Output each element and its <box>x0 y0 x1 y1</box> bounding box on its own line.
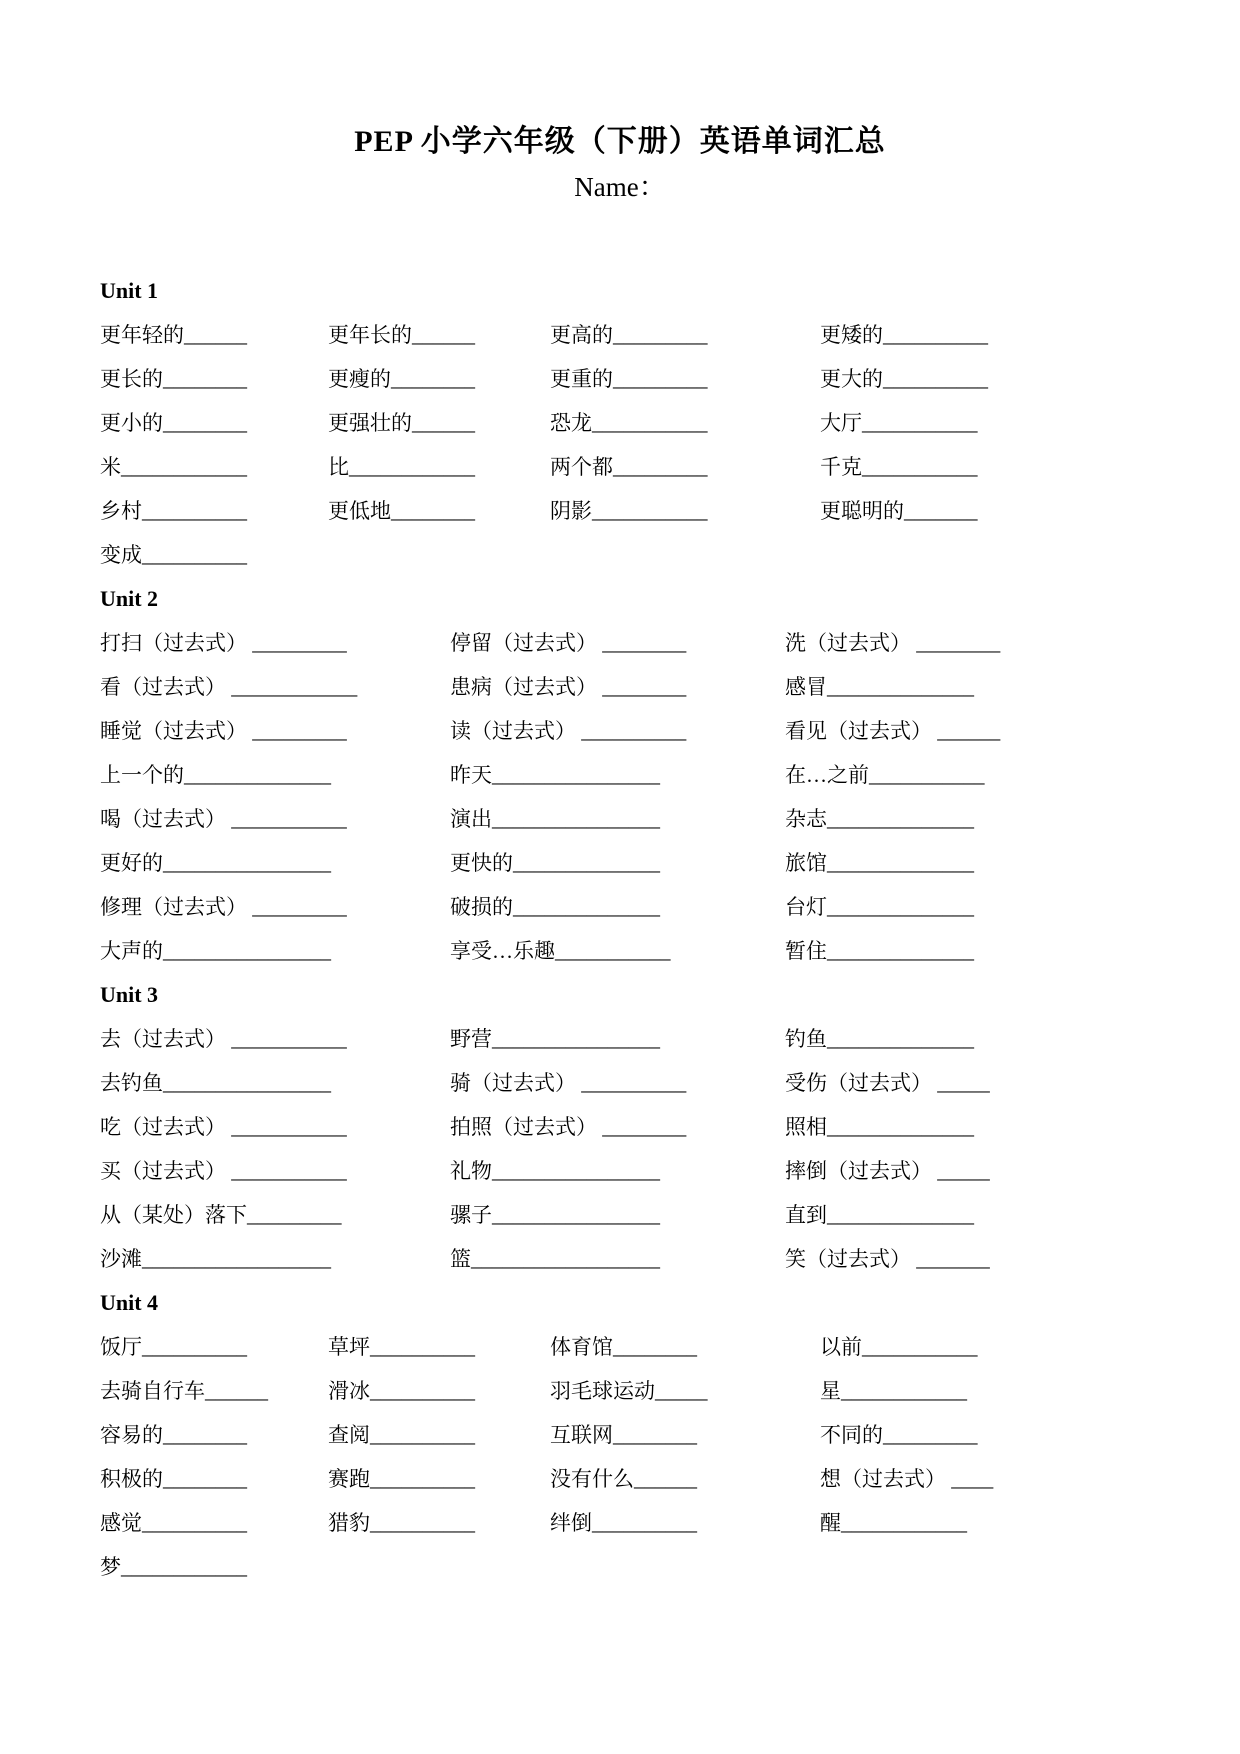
vocab-item: 去钓鱼________________ <box>100 1061 450 1105</box>
units: Unit 1更年轻的______更年长的______更高的_________更矮… <box>100 269 1140 1589</box>
unit-grid: 打扫（过去式） _________停留（过去式） ________洗（过去式） … <box>100 621 1140 973</box>
unit-grid: 更年轻的______更年长的______更高的_________更矮的_____… <box>100 313 1140 577</box>
vocab-item: 患病（过去式） ________ <box>450 665 785 709</box>
vocab-item: 互联网________ <box>550 1413 820 1457</box>
vocab-item: 更高的_________ <box>550 313 820 357</box>
vocab-item: 更低地________ <box>328 489 550 533</box>
vocab-item: 大声的________________ <box>100 929 450 973</box>
vocab-item: 旅馆______________ <box>785 841 1140 885</box>
vocab-item: 摔倒（过去式） _____ <box>785 1149 1140 1193</box>
vocab-item: 容易的________ <box>100 1413 328 1457</box>
vocab-item: 篮__________________ <box>450 1237 785 1281</box>
vocab-item: 更瘦的________ <box>328 357 550 401</box>
vocab-item: 大厅___________ <box>820 401 1140 445</box>
vocab-item: 更小的________ <box>100 401 328 445</box>
unit-section-4: Unit 4饭厅__________草坪__________体育馆_______… <box>100 1281 1140 1589</box>
vocab-item: 米____________ <box>100 445 328 489</box>
vocab-item: 更重的_________ <box>550 357 820 401</box>
vocab-item: 看见（过去式） ______ <box>785 709 1140 753</box>
vocab-item: 猎豹__________ <box>328 1501 550 1545</box>
vocab-item: 查阅__________ <box>328 1413 550 1457</box>
vocab-item: 更大的__________ <box>820 357 1140 401</box>
vocab-item: 没有什么______ <box>550 1457 820 1501</box>
vocab-item: 去（过去式） ___________ <box>100 1017 450 1061</box>
vocab-item: 感觉__________ <box>100 1501 328 1545</box>
vocab-item: 上一个的______________ <box>100 753 450 797</box>
vocab-item: 积极的________ <box>100 1457 328 1501</box>
vocab-item: 骑（过去式） __________ <box>450 1061 785 1105</box>
vocab-item: 想（过去式） ____ <box>820 1457 1140 1501</box>
vocab-item: 饭厅__________ <box>100 1325 328 1369</box>
vocab-item: 比____________ <box>328 445 550 489</box>
vocab-item: 杂志______________ <box>785 797 1140 841</box>
vocab-item: 梦____________ <box>100 1545 328 1589</box>
vocab-item: 修理（过去式） _________ <box>100 885 450 929</box>
vocab-item: 草坪__________ <box>328 1325 550 1369</box>
unit-grid: 去（过去式） ___________野营________________钓鱼__… <box>100 1017 1140 1281</box>
vocab-item: 体育馆________ <box>550 1325 820 1369</box>
vocab-item: 羽毛球运动_____ <box>550 1369 820 1413</box>
vocab-item: 直到______________ <box>785 1193 1140 1237</box>
vocab-item: 野营________________ <box>450 1017 785 1061</box>
vocab-item: 停留（过去式） ________ <box>450 621 785 665</box>
vocab-item: 更年长的______ <box>328 313 550 357</box>
vocab-item: 滑冰__________ <box>328 1369 550 1413</box>
unit-heading: Unit 1 <box>100 269 1140 313</box>
vocab-item: 读（过去式） __________ <box>450 709 785 753</box>
vocab-item: 恐龙___________ <box>550 401 820 445</box>
vocab-item: 以前___________ <box>820 1325 1140 1369</box>
worksheet-page: PEP 小学六年级（下册）英语单词汇总 Name： Unit 1更年轻的____… <box>0 0 1240 1754</box>
document-title: PEP 小学六年级（下册）英语单词汇总 <box>100 122 1140 162</box>
vocab-item: 笑（过去式） _______ <box>785 1237 1140 1281</box>
vocab-item: 更强壮的______ <box>328 401 550 445</box>
unit-grid: 饭厅__________草坪__________体育馆________以前___… <box>100 1325 1140 1589</box>
unit-section-1: Unit 1更年轻的______更年长的______更高的_________更矮… <box>100 269 1140 577</box>
vocab-item: 从（某处）落下_________ <box>100 1193 450 1237</box>
vocab-item: 醒____________ <box>820 1501 1140 1545</box>
vocab-item: 更矮的__________ <box>820 313 1140 357</box>
vocab-item: 阴影___________ <box>550 489 820 533</box>
unit-heading: Unit 4 <box>100 1281 1140 1325</box>
vocab-item: 看（过去式） ____________ <box>100 665 450 709</box>
vocab-item: 乡村__________ <box>100 489 328 533</box>
vocab-item: 睡觉（过去式） _________ <box>100 709 450 753</box>
vocab-item: 钓鱼______________ <box>785 1017 1140 1061</box>
vocab-item: 赛跑__________ <box>328 1457 550 1501</box>
vocab-item: 打扫（过去式） _________ <box>100 621 450 665</box>
vocab-item: 照相______________ <box>785 1105 1140 1149</box>
vocab-item: 更快的______________ <box>450 841 785 885</box>
vocab-item: 破损的______________ <box>450 885 785 929</box>
vocab-item: 昨天________________ <box>450 753 785 797</box>
vocab-item: 变成__________ <box>100 533 328 577</box>
vocab-item: 洗（过去式） ________ <box>785 621 1140 665</box>
unit-section-3: Unit 3去（过去式） ___________野营______________… <box>100 973 1140 1281</box>
unit-section-2: Unit 2打扫（过去式） _________停留（过去式） ________洗… <box>100 577 1140 973</box>
vocab-item: 受伤（过去式） _____ <box>785 1061 1140 1105</box>
vocab-item: 暂住______________ <box>785 929 1140 973</box>
vocab-item: 千克___________ <box>820 445 1140 489</box>
vocab-item: 吃（过去式） ___________ <box>100 1105 450 1149</box>
vocab-item: 去骑自行车______ <box>100 1369 328 1413</box>
unit-heading: Unit 3 <box>100 973 1140 1017</box>
vocab-item: 感冒______________ <box>785 665 1140 709</box>
vocab-item: 沙滩__________________ <box>100 1237 450 1281</box>
vocab-item: 在…之前___________ <box>785 753 1140 797</box>
unit-heading: Unit 2 <box>100 577 1140 621</box>
vocab-item: 更年轻的______ <box>100 313 328 357</box>
vocab-item: 绊倒__________ <box>550 1501 820 1545</box>
vocab-item: 不同的_________ <box>820 1413 1140 1457</box>
vocab-item: 拍照（过去式） ________ <box>450 1105 785 1149</box>
vocab-item: 骡子________________ <box>450 1193 785 1237</box>
vocab-item: 演出________________ <box>450 797 785 841</box>
vocab-item: 礼物________________ <box>450 1149 785 1193</box>
vocab-item: 享受…乐趣___________ <box>450 929 785 973</box>
name-label: Name： <box>100 167 1140 207</box>
vocab-item: 更好的________________ <box>100 841 450 885</box>
vocab-item: 两个都_________ <box>550 445 820 489</box>
vocab-item: 喝（过去式） ___________ <box>100 797 450 841</box>
vocab-item: 台灯______________ <box>785 885 1140 929</box>
vocab-item: 星____________ <box>820 1369 1140 1413</box>
vocab-item: 买（过去式） ___________ <box>100 1149 450 1193</box>
vocab-item: 更长的________ <box>100 357 328 401</box>
vocab-item: 更聪明的_______ <box>820 489 1140 533</box>
